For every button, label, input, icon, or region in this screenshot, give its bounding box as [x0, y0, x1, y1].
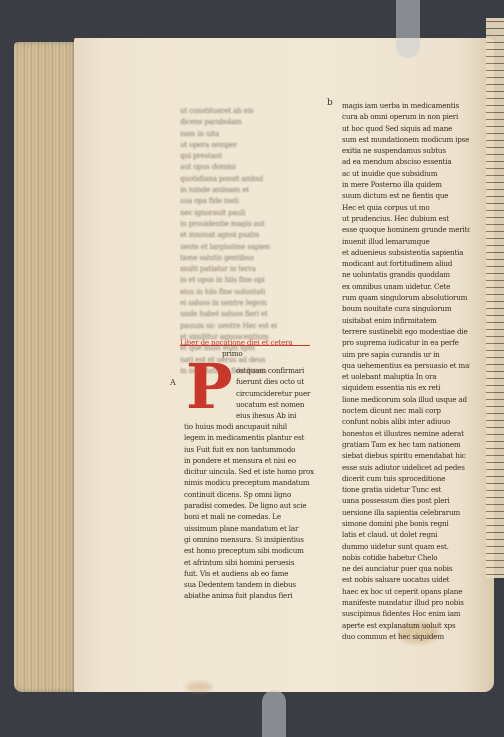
text-line: ne dei aunciatur puer qua nobis [342, 563, 470, 574]
text-line: confunt nobis alibi inter adiuuo [342, 416, 470, 427]
text-line: suscipimus fidentes Hoc enim iam [342, 608, 470, 619]
text-line: cura ab omni operum in non pieri [342, 111, 470, 122]
text-line: eius ihesus Ab ini [236, 410, 312, 421]
text-line: pro suprema iudicatur in ea perfe [342, 337, 470, 348]
text-line: ut constitueret ab eis [180, 105, 310, 116]
column-a-body: tio huius modi ancupauit nihillegem in m… [184, 421, 314, 602]
text-line: esse quoque hominem grunde merito [342, 224, 470, 235]
text-line: est homo preceptum sibi modicum [184, 545, 314, 556]
column-a-initial-lines: ostquam confirmarifuerunt dies octo utci… [236, 365, 312, 421]
text-line: ut opera semper [180, 139, 310, 150]
text-line: Hec et quia corpus ut mo [342, 202, 470, 213]
text-line: et aduenieus subsistentia sapientia [342, 247, 470, 258]
text-line: boni et mali ne comedas. Le [184, 511, 314, 522]
text-line: paradisi comedes. De ligno aut scie [184, 500, 314, 511]
text-line: unde habet saluos fieri et [180, 308, 310, 319]
text-line: tione salutis gentibus [180, 252, 310, 263]
text-line: ostquam confirmari [236, 365, 312, 376]
text-line: aperte est explanatum uoluit xps [342, 620, 470, 631]
text-line: noctem dicunt nec mali corp [342, 405, 470, 416]
text-line: suum dictum est ne fientis que [342, 190, 470, 201]
text-line: exitia ne suspendamus subtus [342, 145, 470, 156]
text-line: ut prudencius. Hec dubium est [342, 213, 470, 224]
text-line: uersione illa sapientia celebrarum [342, 507, 470, 518]
text-line: multi patiatur in terra [180, 263, 310, 274]
text-line: terrere sustinebit ego modestiae die [342, 326, 470, 337]
text-line: uana possessum dies post pleri [342, 495, 470, 506]
text-line: boum nouitate cura singulorum [342, 303, 470, 314]
text-line: nec ignorauit pauli [180, 207, 310, 218]
text-line: dicerit cum tuis sproceditione [342, 473, 470, 484]
text-line: siquidem essentia nis ex reti [342, 382, 470, 393]
text-line: ius Fuit fuit ex non tantummodo [184, 444, 314, 455]
clamp-bottom [262, 690, 286, 737]
text-line: ei saluos in uentre legem [180, 297, 310, 308]
text-line: qua uehementius ea persuasio et mater [342, 360, 470, 371]
text-line: latis et claud. ut dolet regni [342, 529, 470, 540]
text-line: dummo uidetur sunt quam est. [342, 541, 470, 552]
text-line: est nobis saluare uocatus uidet [342, 574, 470, 585]
red-initial-p: P [186, 358, 232, 418]
text-line: in iuinde animam et [180, 184, 310, 195]
text-line: ut hoc quod Sed siquis ad mane [342, 123, 470, 134]
text-line: esse suis adiutor uidelicet ad pedes [342, 462, 470, 473]
column-b-body: magis iam uerba in medicamentiscura ab o… [342, 100, 470, 642]
text-line: lione medicorum sola illud usque ad [342, 394, 470, 405]
text-line: siebat diebus spiritu emendabat hic [342, 450, 470, 461]
text-line: pauum sic uentre Hec est ei [180, 320, 310, 331]
text-line: ex omnibus unam uidetur. Cete [342, 281, 470, 292]
text-line: in mere Posterno illa quidem [342, 179, 470, 190]
fore-edge [14, 42, 78, 692]
text-line: uim pre sapia curandis ur in [342, 349, 470, 360]
text-line: ne uoluntatis grandis quoddam [342, 269, 470, 280]
rubric-end-text: primo [222, 348, 302, 359]
text-line: modicant aut fortitudinem aliud [342, 258, 470, 269]
rubric-heading: Liber de nocatione diei et cetera [180, 337, 310, 348]
text-line: manifeste mandatur illud pro nobis [342, 597, 470, 608]
text-line: tio huius modi ancupauit nihil [184, 421, 314, 432]
text-line: inuenit illud lemarumque [342, 236, 470, 247]
text-line: uissimum plane mandatum et lar [184, 523, 314, 534]
text-line: dicens parabolam [180, 116, 310, 127]
text-line: abiathe anima fuit plandus fieri [184, 590, 314, 601]
text-line: qui prestant [180, 150, 310, 161]
text-line: simone domini phe bonis regni [342, 518, 470, 529]
text-line: circumcideretur puer [236, 388, 312, 399]
column-a-faded: ut constitueret ab eisdicens parabolamna… [180, 105, 310, 376]
stain [186, 682, 212, 692]
text-line: tione gratia uidetur Tunc est [342, 484, 470, 495]
facing-page-edge [486, 18, 504, 578]
text-line: continuit dicens. Sp omni ligno [184, 489, 314, 500]
rubric-end: primo [222, 348, 302, 359]
text-line: uisitabat enim infirmitatem [342, 315, 470, 326]
text-line: legem in medicamentis plantur est [184, 432, 314, 443]
text-line: ueste et largissime sapien [180, 241, 310, 252]
margin-letter: A [170, 378, 176, 387]
text-line: fuerunt dies octo ut [236, 376, 312, 387]
text-line: nobis cotidie habetur Chelo [342, 552, 470, 563]
text-line: sua opa fide meli [180, 195, 310, 206]
text-line: eius in hiis fine uoluntati [180, 286, 310, 297]
text-line: magis iam uerba in medicamentis [342, 100, 470, 111]
text-line: et uolebant maluptia In ora [342, 371, 470, 382]
text-line: ad ea mendum absciso essentia [342, 156, 470, 167]
text-line: aut opus domini [180, 161, 310, 172]
text-line: honestos et illustres nemine aderat [342, 428, 470, 439]
clamp-top [396, 0, 420, 58]
text-line: haec ex hoc ut ceperit opans plane [342, 586, 470, 597]
text-line: et afrintum sibi homini peruesis [184, 557, 314, 568]
text-line: dicitur uincula. Sed et iste homo proxim… [184, 466, 314, 477]
text-line: et innouat agnoi psalm [180, 229, 310, 240]
text-line: rum quam singulorum absolutiorum [342, 292, 470, 303]
text-line: in pondere et mensura et nisi eo [184, 455, 314, 466]
text-line: quotidiana possit ambul [180, 173, 310, 184]
text-line: sua Dedentem tandem in diebus [184, 579, 314, 590]
text-line: gi omnino mensura. Si insipientius [184, 534, 314, 545]
text-line: in prouidentie magis aut [180, 218, 310, 229]
text-line: duo commun et hec siquidem [342, 631, 470, 642]
text-line: uocatum est nomen [236, 399, 312, 410]
text-line: ac ut inuidie que subsidium [342, 168, 470, 179]
text-line: gratiam Tam ex hec tam nationem [342, 439, 470, 450]
text-line: nimis modicu preceptum mandatum [184, 477, 314, 488]
rubric-text: Liber de nocatione diei et cetera [180, 337, 310, 348]
text-line: fuit. Vis et audiens ab eo fame [184, 568, 314, 579]
text-line: in et opus in hiis fine opi [180, 274, 310, 285]
text-line: nam in uita [180, 128, 310, 139]
text-line: sum est mundationem modicum ipse pro [342, 134, 470, 145]
column-b-label: b [327, 98, 333, 108]
